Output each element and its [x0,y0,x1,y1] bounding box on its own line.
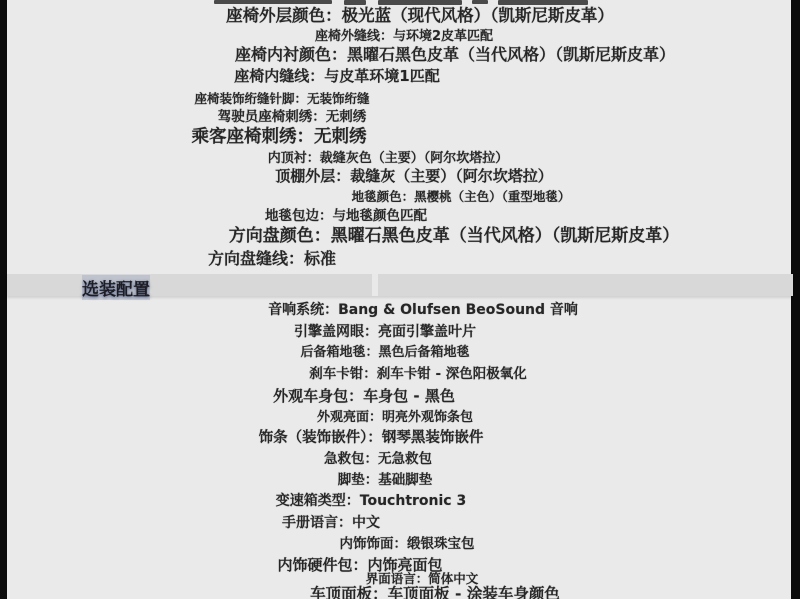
spec-line-steering-wheel-color: 方向盘颜色：黑曜石黑色皮革（当代风格）（凯斯尼斯皮革） [229,227,680,247]
spec-line-brake-calipers: 刹车卡钳：刹车卡钳 - 深色阳极氧化 [309,367,527,383]
spec-line-gearbox-type: 变速箱类型：Touchtronic 3 [276,493,466,509]
spec-line-exterior-bright: 外观亮面：明亮外观饰条包 [317,411,473,426]
spec-line-seat-inner-stitch: 座椅内缝线：与皮革环境1匹配 [234,68,439,85]
spec-line-roof-panel: 车顶面板：车顶面板 - 涂装车身颜色 [310,586,560,599]
spec-line-exterior-body-pack: 外观车身包：车身包 - 黑色 [273,388,455,405]
left-edge-bar [0,0,7,599]
spec-line-trunk-carpet: 后备箱地毯：黑色后备箱地毯 [300,346,469,361]
spec-line-seat-quilting: 座椅装饰绗缝针脚：无装饰绗缝 [194,92,369,106]
band-divider [372,274,378,296]
spec-line-seat-inner-color: 座椅内衬颜色：黑曜石黑色皮革（当代风格）（凯斯尼斯皮革） [235,46,675,64]
spec-line-seat-outer-color: 座椅外层颜色：极光蓝（现代风格）（凯斯尼斯皮革） [226,7,614,26]
spec-line-hood-mesh: 引擎盖网眼：亮面引擎盖叶片 [294,324,476,340]
spec-line-passenger-embroidery: 乘客座椅刺绣：无刺绣 [192,127,367,147]
spec-line-roof-outer: 顶棚外层：裁缝灰（主要）（阿尔坎塔拉） [275,168,553,185]
spec-line-seat-outer-stitch: 座椅外缝线：与环境2皮革匹配 [315,30,493,45]
right-edge-bar [791,0,800,599]
spec-line-floor-mats: 脚垫：基础脚垫 [338,473,433,489]
spec-line-carpet-binding: 地毯包边：与地毯颜色匹配 [265,209,427,225]
section-header-optional-config: 选装配置 [82,275,150,300]
spec-document-page: 座椅外层颜色：极光蓝（现代风格）（凯斯尼斯皮革） 座椅外缝线：与环境2皮革匹配 … [0,0,800,599]
spec-line-audio-system: 音响系统：Bang & Olufsen BeoSound 音响 [268,302,578,318]
spec-line-steering-wheel-stitch: 方向盘缝线：标准 [208,250,336,268]
spec-line-first-aid-kit: 急救包：无急救包 [324,452,432,468]
spec-line-trim-inlay: 饰条（装饰嵌件）：钢琴黑装饰嵌件 [259,430,484,447]
spec-line-driver-embroidery: 驾驶员座椅刺绣：无刺绣 [218,110,367,126]
spec-line-manual-language: 手册语言：中文 [282,515,380,531]
spec-line-carpet-color: 地毯颜色：黑樱桃（主色）（重型地毯） [352,190,571,204]
spec-line-interior-finish: 内饰饰面：缎银珠宝包 [340,537,475,553]
spec-line-headliner: 内顶衬：裁缝灰色（主要）（阿尔坎塔拉） [268,152,509,167]
